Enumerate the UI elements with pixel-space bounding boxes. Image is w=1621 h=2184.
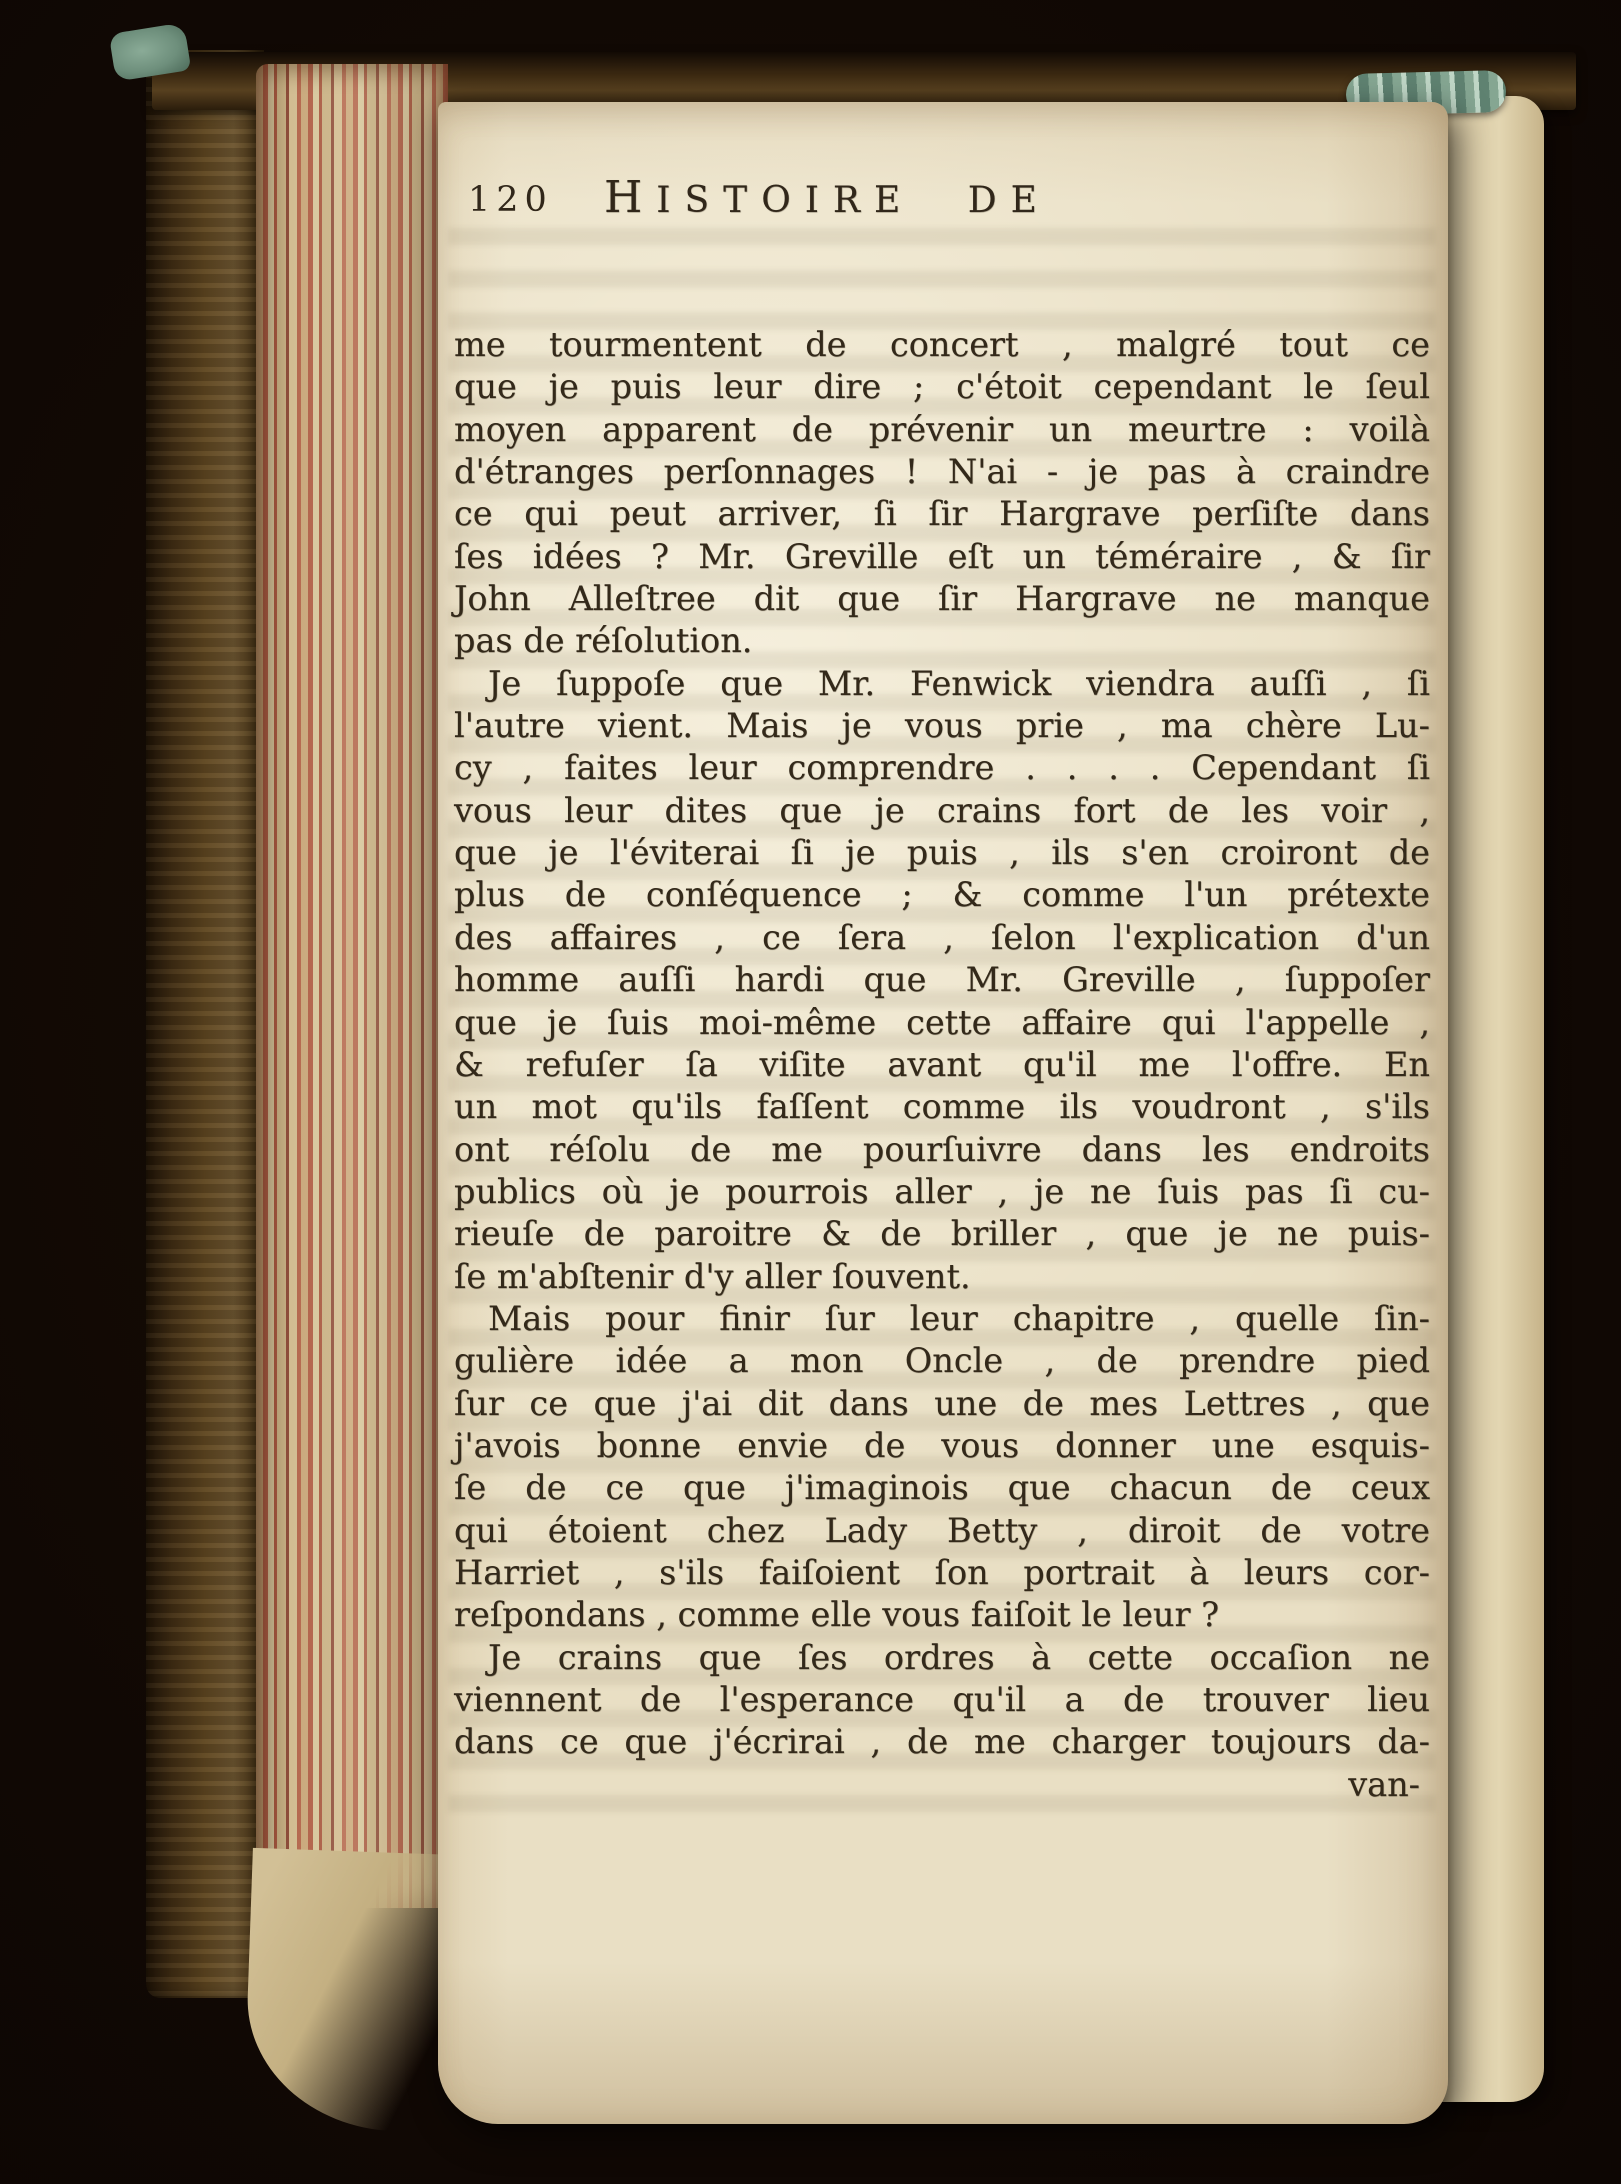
text-line: Je ſuppoſe que Mr. Fenwick viendra auſſi… [454,663,1430,705]
text-line: gulière idée a mon Oncle , de prendre pi… [454,1340,1430,1382]
underlying-page-edge [1438,96,1544,2102]
text-line: d'étranges perſonnages ! N'ai - je pas à… [454,451,1430,493]
page-header: 120 HISTOIRE DE [454,172,1430,224]
text-line: ſes idées ? Mr. Greville eſt un témérair… [454,536,1430,578]
text-line: Je crains que ſes ordres à cette occaſio… [454,1637,1430,1679]
text-line: cy , faites leur comprendre . . . . Cepe… [454,747,1430,789]
text-line: que je ſuis moi-même cette affaire qui l… [454,1002,1430,1044]
text-line: reſpondans , comme elle vous faiſoit le … [454,1594,1430,1636]
text-line: John Alleſtree dit que ſir Hargrave ne m… [454,578,1430,620]
text-line: ſe m'abſtenir d'y aller ſouvent. [454,1256,1430,1298]
text-line: qui étoient chez Lady Betty , diroit de … [454,1510,1430,1552]
text-line: pas de réſolution. [454,620,1430,662]
text-line: ce qui peut arriver, ſi ſir Hargrave per… [454,493,1430,535]
text-line: que je puis leur dire ; c'étoit cependan… [454,366,1430,408]
page-text: me tourmentent de concert , malgré tout … [454,324,1430,1806]
text-line: que je l'éviterai ſi je puis , ils s'en … [454,832,1430,874]
text-line: ont réſolu de me pourſuivre dans les end… [454,1129,1430,1171]
catchword-row: van- [454,1764,1430,1806]
text-line: me tourmentent de concert , malgré tout … [454,324,1430,366]
text-lines: me tourmentent de concert , malgré tout … [454,324,1430,1764]
page-stack-fore-edge [256,64,448,1908]
catchword: van- [1348,1765,1420,1804]
text-line: Mais pour finir ſur leur chapitre , quel… [454,1298,1430,1340]
text-line: j'avois bonne envie de vous donner une e… [454,1425,1430,1467]
text-line: homme auſſi hardi que Mr. Greville , ſup… [454,959,1430,1001]
text-line: dans ce que j'écrirai , de me charger to… [454,1721,1430,1763]
text-line: plus de conſéquence ; & comme l'un préte… [454,874,1430,916]
running-title: HISTOIRE DE [604,172,1051,223]
text-line: ſur ce que j'ai dit dans une de mes Lett… [454,1383,1430,1425]
leather-cover-left [146,50,264,1998]
text-line: publics où je pourrois aller , je ne ſui… [454,1171,1430,1213]
text-line: vous leur dites que je crains fort de le… [454,790,1430,832]
text-line: rieuſe de paroitre & de briller , que je… [454,1213,1430,1255]
text-line: un mot qu'ils faſſent comme ils voudront… [454,1086,1430,1128]
text-line: viennent de l'esperance qu'il a de trouv… [454,1679,1430,1721]
text-line: moyen apparent de prévenir un meurtre : … [454,409,1430,451]
text-line: des affaires , ce ſera , ſelon l'explica… [454,917,1430,959]
book-page: 120 HISTOIRE DE me tourmentent de concer… [438,102,1448,2124]
text-line: l'autre vient. Mais je vous prie , ma ch… [454,705,1430,747]
book-photograph: 120 HISTOIRE DE me tourmentent de concer… [0,0,1621,2184]
text-line: & refuſer ſa viſite avant qu'il me l'off… [454,1044,1430,1086]
text-line: Harriet , s'ils faiſoient ſon portrait à… [454,1552,1430,1594]
page-number: 120 [468,180,553,220]
text-line: ſe de ce que j'imaginois que chacun de c… [454,1467,1430,1509]
